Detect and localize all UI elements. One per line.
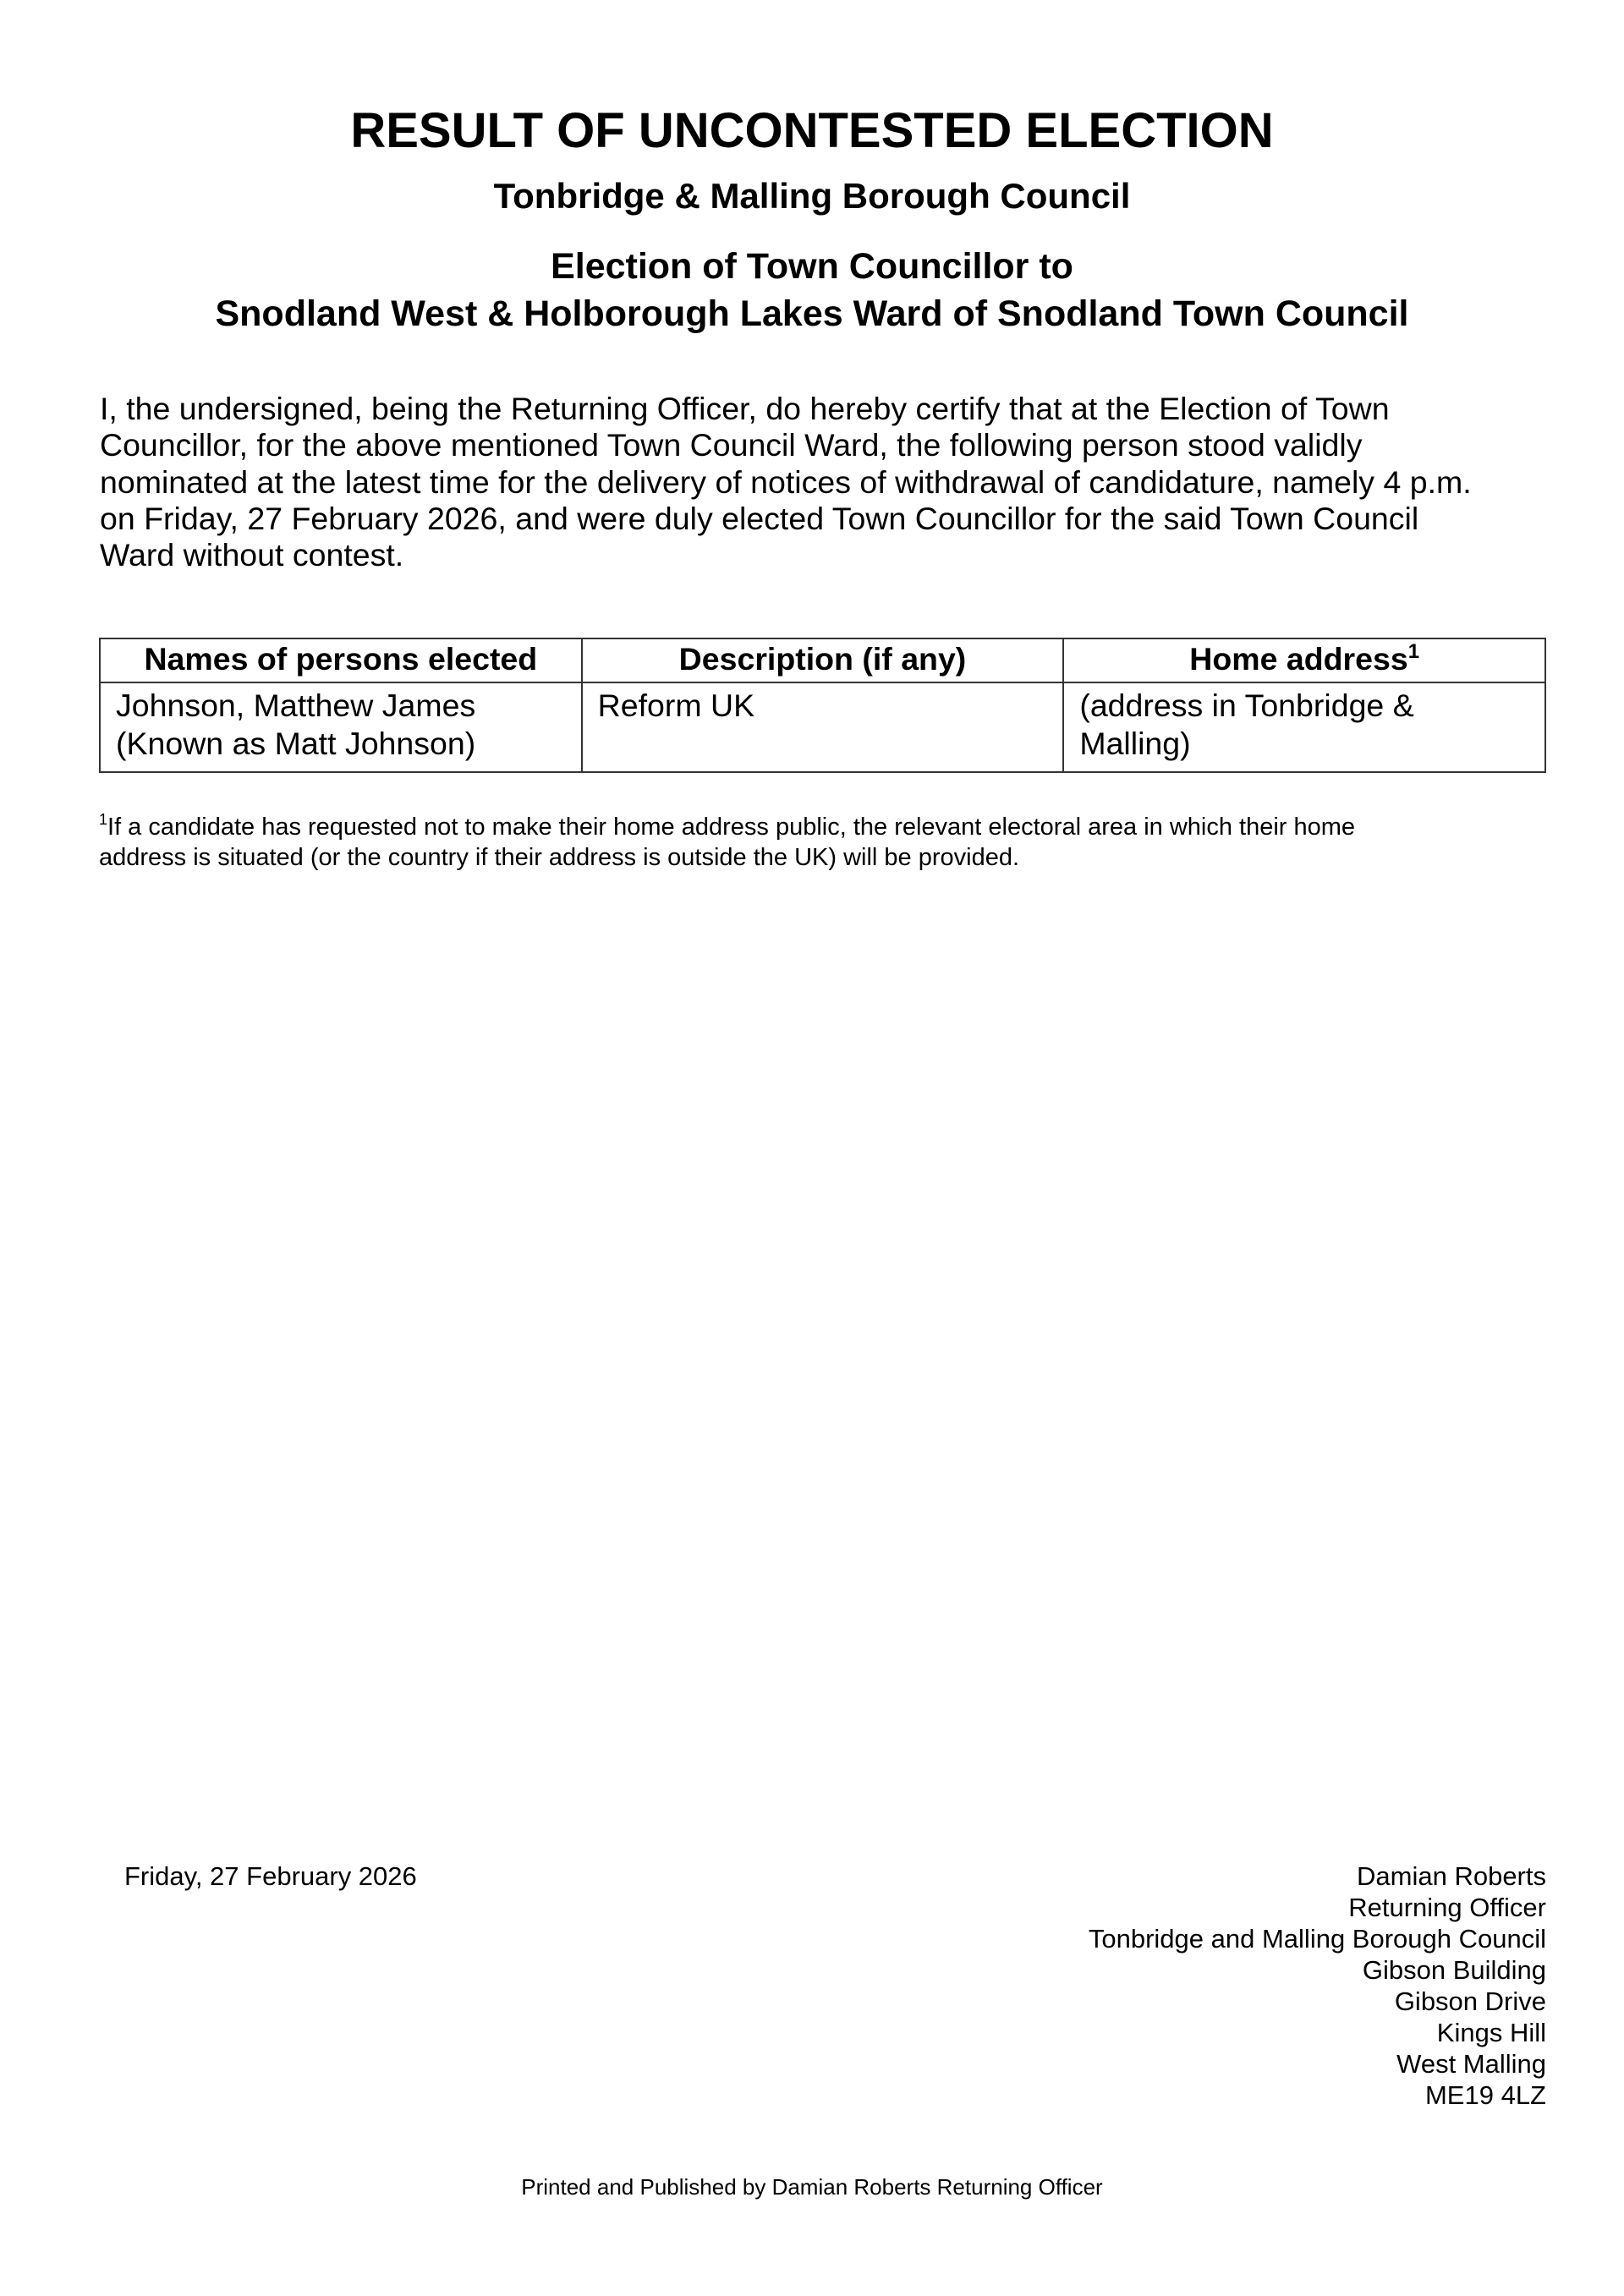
address-line: Kings Hill bbox=[1089, 2017, 1546, 2048]
table-row: Johnson, Matthew James (Known as Matt Jo… bbox=[100, 682, 1545, 772]
document-title: RESULT OF UNCONTESTED ELECTION bbox=[0, 101, 1624, 161]
table-header-row: Names of persons elected Description (if… bbox=[100, 638, 1545, 682]
certification-line: on Friday, 27 February 2026, and were du… bbox=[100, 501, 1555, 537]
footnote-marker: 1 bbox=[1408, 640, 1419, 663]
footnote-text-line1: If a candidate has requested not to make… bbox=[107, 814, 1355, 841]
header-names: Names of persons elected bbox=[100, 638, 582, 682]
officer-organisation: Tonbridge and Malling Borough Council bbox=[1089, 1923, 1546, 1954]
footnote-text-line2: address is situated (or the country if t… bbox=[99, 842, 1554, 873]
address-line: Gibson Building bbox=[1089, 1954, 1546, 1986]
certification-line: Ward without contest. bbox=[100, 537, 1555, 573]
officer-title: Returning Officer bbox=[1089, 1892, 1546, 1923]
officer-name: Damian Roberts bbox=[1089, 1860, 1546, 1892]
council-name: Tonbridge & Malling Borough Council bbox=[0, 174, 1624, 218]
certification-line: Councillor, for the above mentioned Town… bbox=[100, 427, 1555, 463]
postcode: ME19 4LZ bbox=[1089, 2080, 1546, 2111]
footnote-marker: 1 bbox=[99, 811, 107, 828]
certification-paragraph: I, the undersigned, being the Returning … bbox=[100, 391, 1555, 573]
address-line: West Malling bbox=[1089, 2048, 1546, 2080]
footnote: 1If a candidate has requested not to mak… bbox=[99, 812, 1554, 873]
certification-line: I, the undersigned, being the Returning … bbox=[100, 391, 1555, 427]
election-heading-line2: Snodland West & Holborough Lakes Ward of… bbox=[0, 290, 1624, 338]
certification-line: nominated at the latest time for the del… bbox=[100, 464, 1555, 501]
cell-description: Reform UK bbox=[582, 682, 1064, 772]
header-home-address: Home address1 bbox=[1063, 638, 1545, 682]
header-description: Description (if any) bbox=[582, 638, 1064, 682]
signature-date: Friday, 27 February 2026 bbox=[124, 1860, 417, 1892]
address-line: Gibson Drive bbox=[1089, 1986, 1546, 2017]
returning-officer-address: Damian Roberts Returning Officer Tonbrid… bbox=[1089, 1860, 1546, 2111]
election-heading-line1: Election of Town Councillor to bbox=[0, 243, 1624, 291]
results-table: Names of persons elected Description (if… bbox=[99, 638, 1546, 773]
imprint: Printed and Published by Damian Roberts … bbox=[0, 2173, 1624, 2200]
cell-name: Johnson, Matthew James (Known as Matt Jo… bbox=[100, 682, 582, 772]
cell-address: (address in Tonbridge & Malling) bbox=[1063, 682, 1545, 772]
